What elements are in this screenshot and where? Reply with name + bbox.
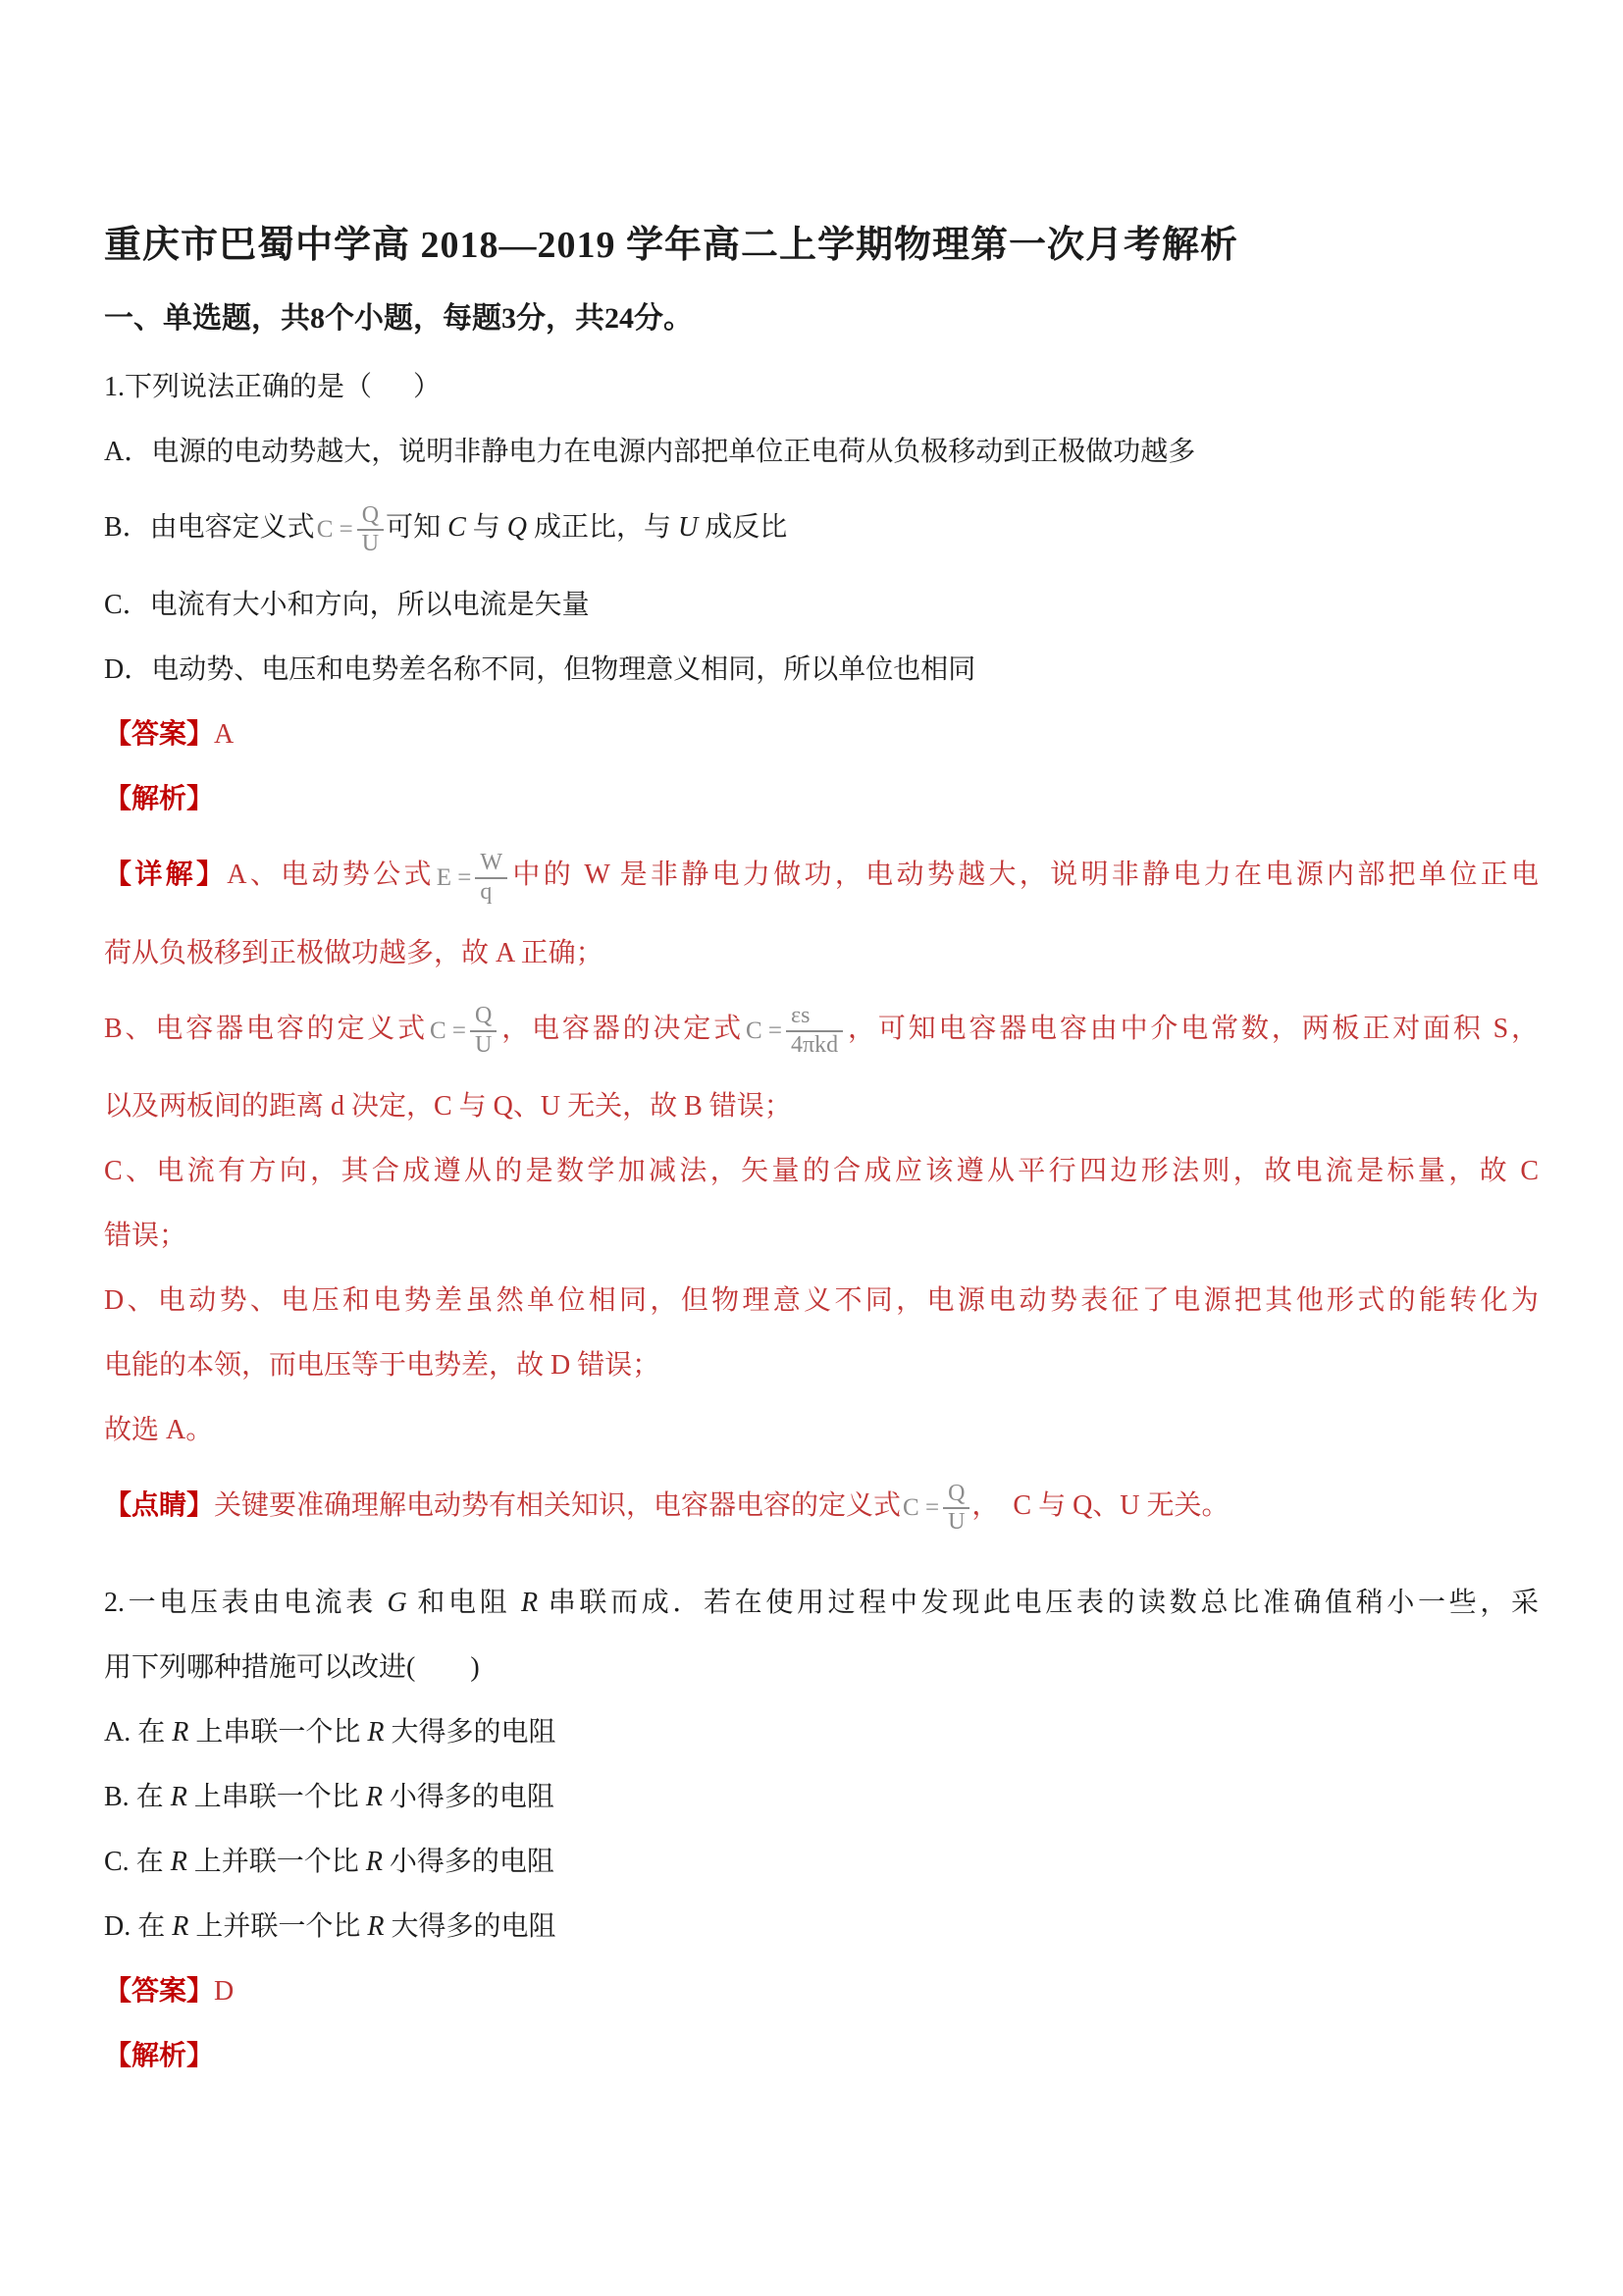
bracket-label: 【答案】 bbox=[104, 719, 214, 750]
text-run: 电能的本领，而电压等于电势差，故 D 错误； bbox=[104, 1350, 659, 1381]
fraction-numerator: Q bbox=[357, 502, 384, 530]
formula-fraction: C =QU bbox=[317, 486, 384, 574]
answer-letter: A bbox=[214, 719, 234, 750]
variable-symbol: R bbox=[366, 1847, 383, 1877]
text-run: ，电容器的决定式 bbox=[498, 1014, 744, 1044]
question-1-option-a: A．电源的电动势越大，说明非静电力在电源内部把单位正电荷从负极移动到正极做功越多 bbox=[104, 420, 1539, 485]
question-1-detail-line-3: B、电容器电容的定义式C =QU，电容器的决定式C =εs4πkd，可知电容器电… bbox=[104, 986, 1539, 1074]
fraction-numerator: W bbox=[475, 850, 507, 877]
variable-symbol: R bbox=[172, 1911, 188, 1942]
question-2-option-c: C. 在 R 上并联一个比 R 小得多的电阻 bbox=[104, 1830, 1539, 1895]
fraction-stack: QU bbox=[470, 1003, 497, 1059]
formula-lead: C = bbox=[746, 988, 786, 1074]
text-run: 上串联一个比 bbox=[188, 1717, 367, 1748]
question-1-detail-line-6: 错误； bbox=[104, 1204, 1539, 1269]
variable-symbol: C bbox=[447, 512, 466, 543]
text-run: 上并联一个比 bbox=[188, 1911, 367, 1942]
text-run: 成反比 bbox=[698, 512, 787, 543]
question-1-detail-line-4: 以及两板间的距离 d 决定，C 与 Q、U 无关，故 B 错误； bbox=[104, 1074, 1539, 1139]
answer-letter: D bbox=[214, 1976, 234, 2007]
question-2-stem-line-1: 2.一电压表由电流表 G 和电阻 R 串联而成．若在使用过程中发现此电压表的读数… bbox=[104, 1571, 1539, 1636]
bracket-label: 【答案】 bbox=[104, 1976, 214, 2007]
question-1-option-d: D．电动势、电压和电势差名称不同，但物理意义相同，所以单位也相同 bbox=[104, 638, 1539, 703]
question-2-answer: 【答案】D bbox=[104, 1959, 1539, 2024]
text-run: ，可知电容器电容由中介电常数，两板正对面积 S， bbox=[845, 1014, 1539, 1044]
question-1-detail-line-1: 【详解】A、电动势公式E =Wq中的 W 是非静电力做功，电动势越大，说明非静电… bbox=[104, 832, 1539, 920]
variable-symbol: R bbox=[521, 1588, 538, 1618]
text-run: 以及两板间的距离 d 决定，C 与 Q、U 无关，故 B 错误； bbox=[104, 1091, 792, 1122]
text-run: B、电容器电容的定义式 bbox=[104, 1014, 428, 1044]
fraction-denominator: q bbox=[475, 877, 507, 907]
text-run: D. 在 bbox=[104, 1911, 172, 1942]
exam-document: 重庆市巴蜀中学高 2018—2019 学年高二上学期物理第一次月考解析一、单选题… bbox=[0, 0, 1623, 2128]
text-run: D、电动势、电压和电势差虽然单位相同，但物理意义不同，电源电动势表征了电源把其他… bbox=[104, 1285, 1539, 1316]
question-1-stem: 1.下列说法正确的是（ ） bbox=[104, 355, 1539, 420]
variable-symbol: U bbox=[678, 512, 698, 543]
fraction-denominator: U bbox=[470, 1030, 497, 1060]
question-2-analysis-label: 【解析】 bbox=[104, 2024, 1539, 2089]
text-run: 上并联一个比 bbox=[187, 1847, 366, 1877]
question-2-option-b: B. 在 R 上串联一个比 R 小得多的电阻 bbox=[104, 1765, 1539, 1830]
fraction-numerator: εs bbox=[786, 1003, 843, 1030]
text-run: 是非静电力做功，电动势越大，说明非静电力在电源内部把单位正电 bbox=[609, 860, 1539, 890]
text-run: 上串联一个比 bbox=[187, 1782, 366, 1812]
variable-symbol: R bbox=[172, 1717, 188, 1748]
text-run: 错误； bbox=[104, 1221, 186, 1251]
fraction-stack: Wq bbox=[475, 850, 507, 906]
question-2-option-a: A. 在 R 上串联一个比 R 大得多的电阻 bbox=[104, 1700, 1539, 1765]
symbol: W bbox=[584, 860, 609, 890]
text-run: 1.下列说法正确的是（ ） bbox=[104, 372, 441, 402]
text-run: 故选 A。 bbox=[104, 1415, 213, 1445]
fraction-denominator: 4πkd bbox=[786, 1030, 843, 1060]
text-run: 荷从负极移到正极做功越多，故 A 正确； bbox=[104, 938, 603, 968]
text-run: C、电流有方向，其合成遵从的是数学加减法，矢量的合成应该遵从平行四边形法则，故电… bbox=[104, 1156, 1539, 1186]
text-run: 2.一电压表由电流表 bbox=[104, 1588, 388, 1618]
variable-symbol: R bbox=[367, 1717, 384, 1748]
text-run: A．电源的电动势越大，说明非静电力在电源内部把单位正电荷从负极移动到正极做功越多 bbox=[104, 437, 1195, 467]
fraction-numerator: Q bbox=[470, 1003, 497, 1030]
question-1-tip: 【点睛】关键要准确理解电动势有相关知识，电容器电容的定义式C =QU， C 与 … bbox=[104, 1463, 1539, 1551]
question-1-option-c: C．电流有大小和方向，所以电流是矢量 bbox=[104, 573, 1539, 638]
variable-symbol: R bbox=[171, 1782, 187, 1812]
document-title: 重庆市巴蜀中学高 2018—2019 学年高二上学期物理第一次月考解析 bbox=[104, 208, 1539, 283]
bracket-label: 【解析】 bbox=[104, 784, 214, 814]
variable-symbol: R bbox=[366, 1782, 383, 1812]
question-1-detail-line-5: C、电流有方向，其合成遵从的是数学加减法，矢量的合成应该遵从平行四边形法则，故电… bbox=[104, 1139, 1539, 1204]
question-2-stem-line-2: 用下列哪种措施可以改进( ) bbox=[104, 1636, 1539, 1700]
text-run: 大得多的电阻 bbox=[384, 1911, 555, 1942]
section-heading: 一、单选题，共8个小题，每题3分，共24分。 bbox=[104, 283, 1539, 355]
text-run: ， C 与 Q、U 无关。 bbox=[971, 1490, 1229, 1521]
fraction-stack: QU bbox=[357, 502, 384, 558]
variable-symbol: G bbox=[388, 1588, 407, 1618]
text-run: A、电动势公式 bbox=[227, 860, 434, 890]
fraction-stack: εs4πkd bbox=[786, 1003, 843, 1059]
fraction-stack: QU bbox=[943, 1481, 969, 1537]
text-run: 小得多的电阻 bbox=[383, 1782, 554, 1812]
variable-symbol: Q bbox=[507, 512, 527, 543]
text-run: C. 在 bbox=[104, 1847, 171, 1877]
text-run: 用下列哪种措施可以改进( ) bbox=[104, 1652, 480, 1683]
formula-lead: C = bbox=[430, 988, 470, 1074]
text-run: 和电阻 bbox=[407, 1588, 521, 1618]
formula-fraction: C =εs4πkd bbox=[746, 987, 843, 1075]
bracket-label: 【解析】 bbox=[104, 2041, 214, 2071]
question-2-option-d: D. 在 R 上并联一个比 R 大得多的电阻 bbox=[104, 1895, 1539, 1959]
text-run: 大得多的电阻 bbox=[384, 1717, 555, 1748]
formula-lead: C = bbox=[317, 487, 357, 573]
text-run: 关键要准确理解电动势有相关知识，电容器电容的定义式 bbox=[214, 1490, 901, 1521]
question-1-answer: 【答案】A bbox=[104, 703, 1539, 767]
formula-lead: E = bbox=[437, 835, 476, 921]
text-run: 成正比，与 bbox=[527, 512, 678, 543]
text-run: 一、单选题，共8个小题，每题3分，共24分。 bbox=[104, 302, 693, 335]
question-1-detail-line-7: D、电动势、电压和电势差虽然单位相同，但物理意义不同，电源电动势表征了电源把其他… bbox=[104, 1269, 1539, 1333]
formula-lead: C = bbox=[903, 1465, 943, 1551]
formula-fraction: C =QU bbox=[903, 1464, 969, 1552]
text-run: 串联而成．若在使用过程中发现此电压表的读数总比准确值稍小一些，采 bbox=[538, 1588, 1539, 1618]
formula-fraction: E =Wq bbox=[437, 833, 507, 921]
question-1-detail-line-8: 电能的本领，而电压等于电势差，故 D 错误； bbox=[104, 1333, 1539, 1398]
text-run: 与 bbox=[466, 512, 507, 543]
text-run: 中的 bbox=[509, 860, 584, 890]
question-1-detail-line-9: 故选 A。 bbox=[104, 1398, 1539, 1463]
text-run: 小得多的电阻 bbox=[383, 1847, 554, 1877]
variable-symbol: R bbox=[367, 1911, 384, 1942]
text-run: B. 在 bbox=[104, 1782, 171, 1812]
question-1-analysis-label: 【解析】 bbox=[104, 767, 1539, 832]
text-run: B．由电容定义式 bbox=[104, 512, 315, 543]
bracket-label: 【点睛】 bbox=[104, 1490, 214, 1521]
variable-symbol: R bbox=[171, 1847, 187, 1877]
text-run: 可知 bbox=[386, 512, 447, 543]
text-run: C．电流有大小和方向，所以电流是矢量 bbox=[104, 590, 590, 620]
question-1-detail-line-2: 荷从负极移到正极做功越多，故 A 正确； bbox=[104, 921, 1539, 986]
formula-fraction: C =QU bbox=[430, 987, 497, 1075]
fraction-denominator: U bbox=[357, 529, 384, 558]
fraction-denominator: U bbox=[943, 1507, 969, 1537]
bracket-label: 【详解】 bbox=[104, 860, 227, 890]
text-run: 重庆市巴蜀中学高 2018—2019 学年高二上学期物理第一次月考解析 bbox=[104, 225, 1238, 266]
fraction-numerator: Q bbox=[943, 1481, 969, 1508]
text-run: A. 在 bbox=[104, 1717, 172, 1748]
question-1-option-b: B．由电容定义式C =QU可知 C 与 Q 成正比，与 U 成反比 bbox=[104, 485, 1539, 573]
text-run: D．电动势、电压和电势差名称不同，但物理意义相同，所以单位也相同 bbox=[104, 654, 975, 685]
